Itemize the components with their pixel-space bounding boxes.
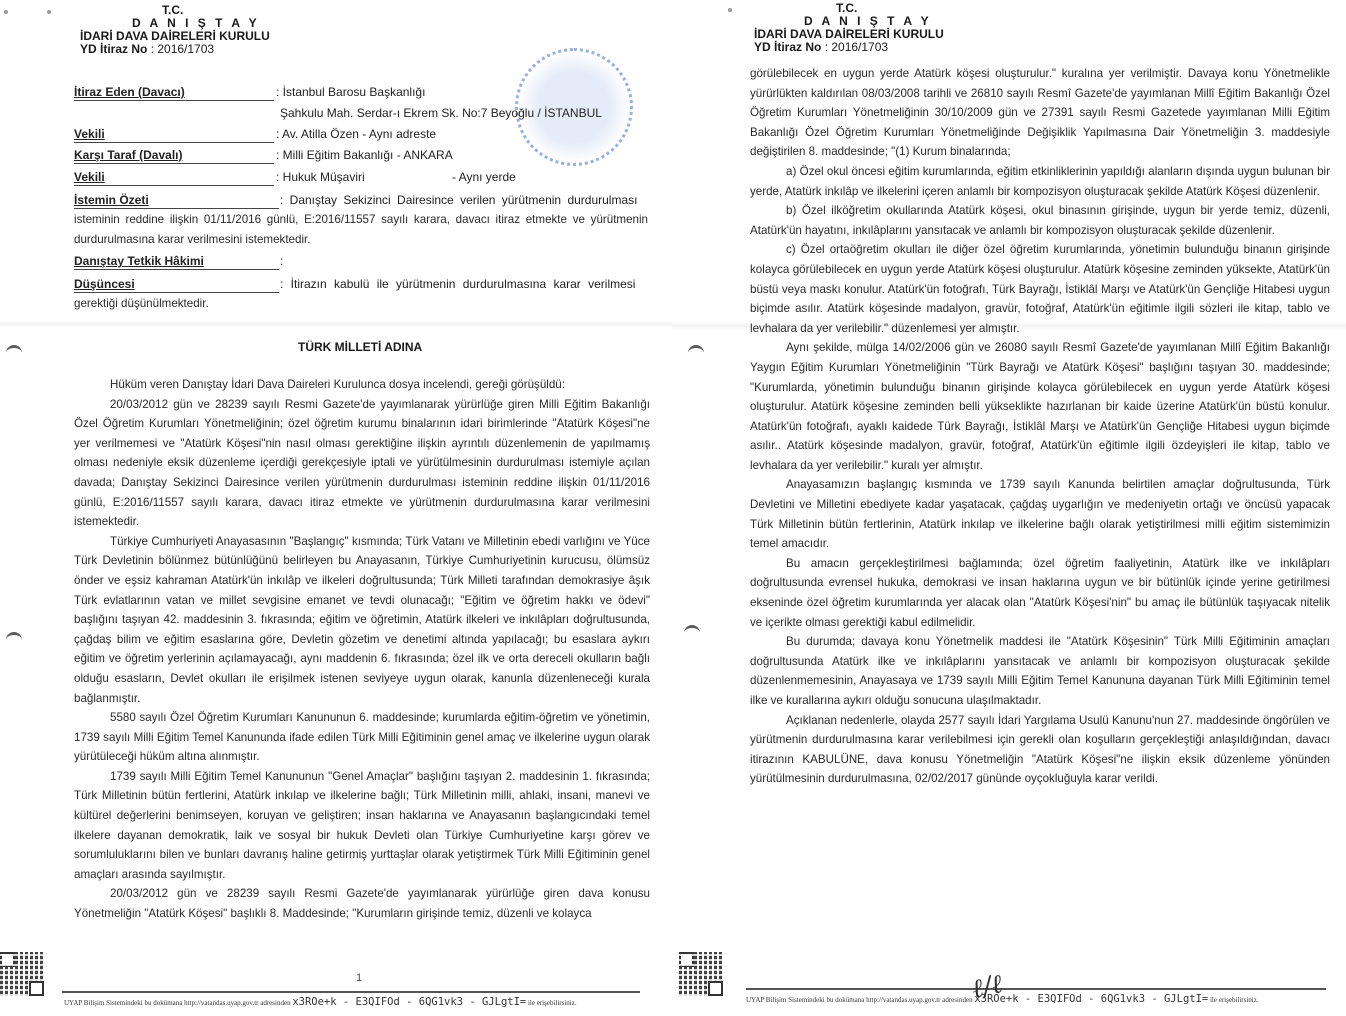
paragraph: Bu amacın gerçekleştirilmesi bağlamında;… [750, 554, 1330, 632]
footer-rule [746, 988, 1326, 990]
paragraph: 1739 sayılı Milli Eğitim Temel Kanununun… [74, 767, 650, 885]
footer-verification: UYAP Bilişim Sistemindeki bu dokümana ht… [746, 993, 1259, 1005]
punch-hole [6, 345, 22, 358]
paragraph: Türkiye Cumhuriyeti Anayasasının "Başlan… [74, 532, 650, 708]
paragraph: Açıklanan nedenlerle, olayda 2577 sayılı… [750, 711, 1330, 789]
paragraph: görülebilecek en uygun yerde Atatürk köş… [750, 64, 1330, 162]
paragraph: 20/03/2012 gün ve 28239 sayılı Resmi Gaz… [74, 395, 650, 532]
qr-code-icon [679, 952, 723, 996]
paragraph: Anayasamızın başlangıç kısmında ve 1739 … [750, 475, 1330, 553]
document-page-2: T.C. D A N I Ş T A Y İDARİ DAVA DAİRELER… [672, 0, 1346, 1016]
punch-hole [684, 625, 700, 638]
document-page-1: T.C. D A N I Ş T A Y İDARİ DAVA DAİRELER… [0, 0, 672, 1016]
court-header: T.C. D A N I Ş T A Y İDARİ DAVA DAİRELER… [80, 4, 270, 56]
paragraph: Hüküm veren Danıştay İdari Dava Daireler… [74, 375, 650, 395]
scan-dot [728, 8, 732, 12]
paragraph: c) Özel ortaöğretim okulları ile diğer ö… [750, 240, 1330, 338]
scan-dot [4, 10, 8, 14]
istem-ozeti-text: isteminin reddine ilişkin 01/11/2016 gün… [74, 210, 648, 249]
qr-code-icon [0, 952, 44, 996]
verification-code[interactable]: x3ROe+k - E3QIFOd - 6QG1vk3 - GJLgtI= [974, 993, 1208, 1005]
paragraph: b) Özel ilköğretim okullarında Atatürk k… [750, 201, 1330, 240]
court-header: T.C. D A N I Ş T A Y İDARİ DAVA DAİRELER… [754, 2, 944, 54]
page-number: 1 [356, 972, 362, 984]
decision-body-continued: görülebilecek en uygun yerde Atatürk köş… [750, 64, 1330, 789]
verdict-heading: TÜRK MİLLETİ ADINA [298, 340, 422, 354]
footer-verification: UYAP Bilişim Sistemindeki bu dokümana ht… [64, 996, 577, 1008]
punch-hole [688, 345, 704, 358]
footer-rule [62, 991, 640, 993]
decision-body: Hüküm veren Danıştay İdari Dava Daireler… [74, 375, 650, 924]
paragraph: 20/03/2012 gün ve 28239 sayılı Resmi Gaz… [74, 884, 650, 923]
case-number: YD İtiraz No : 2016/1703 [80, 43, 270, 56]
paragraph: 5580 sayılı Özel Öğretim Kurumları Kanun… [74, 708, 650, 767]
case-number: YD İtiraz No : 2016/1703 [754, 41, 944, 54]
paragraph: Aynı şekilde, mülga 14/02/2006 gün ve 26… [750, 338, 1330, 475]
dusunce-text: gerektiği düşünülmektedir. [74, 294, 648, 314]
paragraph: a) Özel okul öncesi eğitim kurumlarında,… [750, 162, 1330, 201]
paragraph: Bu durumda; davaya konu Yönetmelik madde… [750, 632, 1330, 710]
verification-code[interactable]: x3ROe+k - E3QIFOd - 6QG1vk3 - GJLgtI= [292, 996, 526, 1008]
scan-artifact [0, 320, 672, 328]
scan-dot [47, 10, 51, 14]
punch-hole [6, 632, 22, 645]
